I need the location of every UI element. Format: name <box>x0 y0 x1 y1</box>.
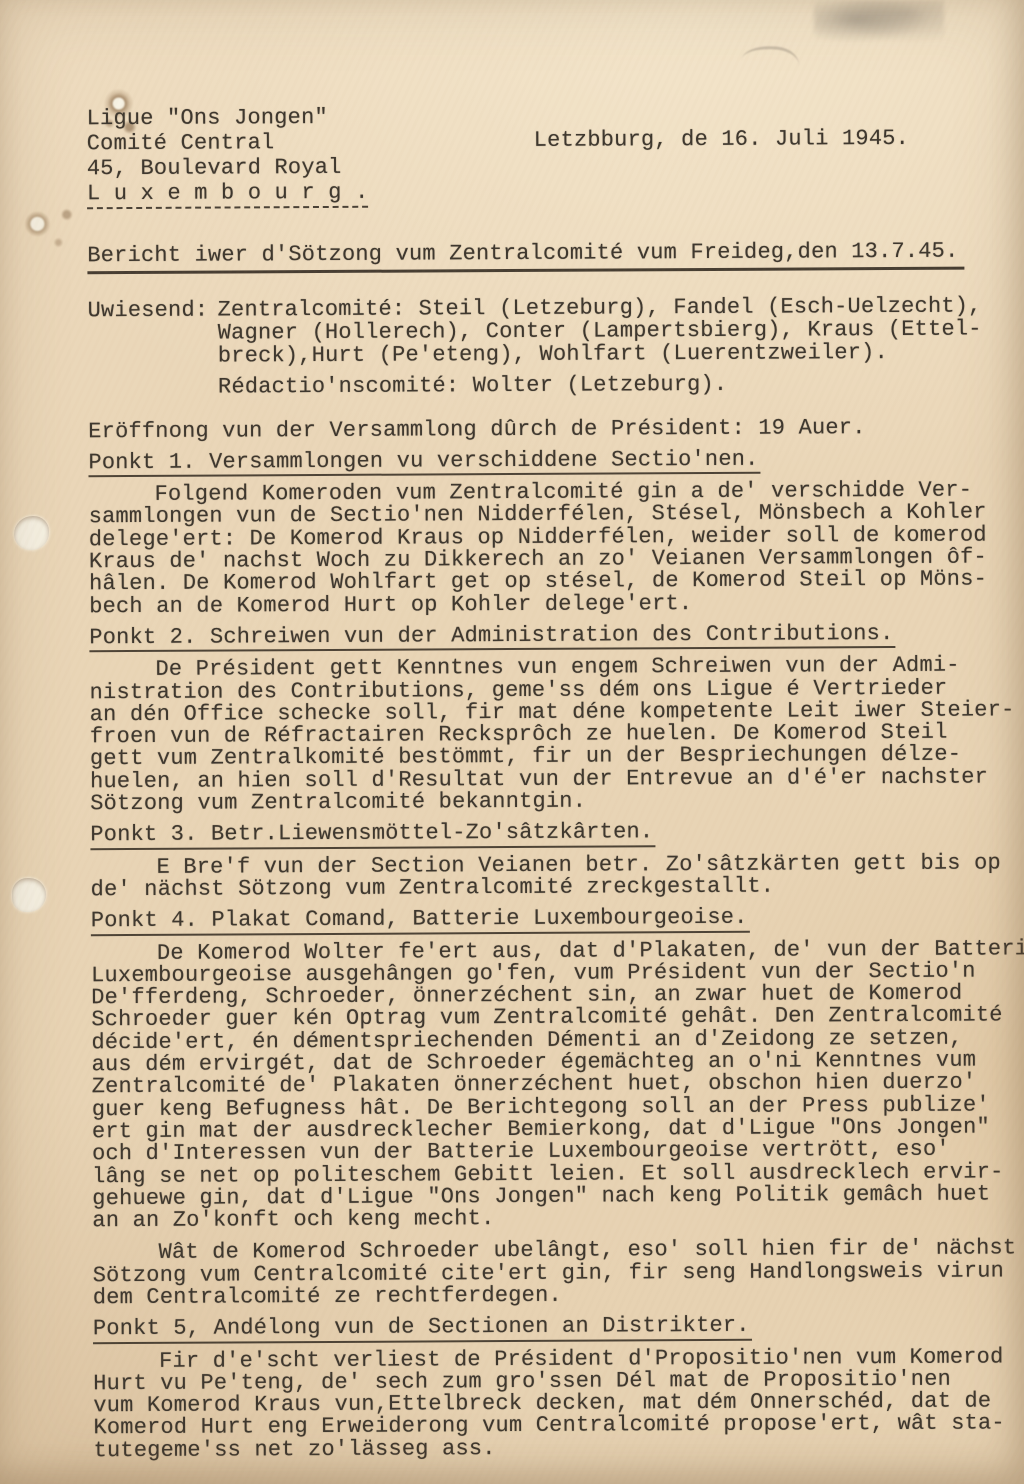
attendance-block: Uwiesend: Zentralcomité: Steil (Letzebur… <box>88 295 1002 369</box>
paragraph: De Président gett Kenntnes vun engem Sch… <box>89 655 1004 816</box>
report-section: Ponkt 5, Andélong vun de Sectionen an Di… <box>93 1314 1008 1463</box>
opening-line: Eröffnong vun der Versammlong dûrch de P… <box>88 416 1002 443</box>
sender-city: L u x e m b o u r g . <box>87 176 1001 209</box>
attendance-line: breck),Hurt (Pe'eteng), Wohlfart (Lueren… <box>218 341 1002 368</box>
text-line: tutegeme'ss net zo'lässeg ass. <box>94 1435 1008 1462</box>
paragraph: Folgend Komeroden vum Zentralcomité gin … <box>89 480 1004 619</box>
report-sections: Ponkt 1. Versammlongen vu verschiddene S… <box>88 447 1007 1462</box>
attendance-lines: Zentralcomité: Steil (Letzeburg), Fandel… <box>218 295 1002 368</box>
attendance-label: Uwiesend: <box>88 299 218 369</box>
paragraph: Wât de Komerod Schroeder ubelângt, eso' … <box>93 1238 1007 1310</box>
report-section: Ponkt 3. Betr.Liewensmöttel-Zo'sâtzkârte… <box>90 820 1004 902</box>
report-section: Ponkt 2. Schreiwen vun der Administratio… <box>89 622 1004 815</box>
sender-block: Ligue "Ons Jongen" Comité Central 45, Bo… <box>87 101 1002 209</box>
paragraph: De Komerod Wolter fe'ert aus, dat d'Plak… <box>91 938 1007 1233</box>
scanned-typewritten-document: Letzbburg, de 16. Juli 1945. Ligue "Ons … <box>0 0 1024 1484</box>
section-heading: Ponkt 4. Plakat Comand, Batterie Luxembo… <box>91 907 750 936</box>
text-line: gehuewe gin, dat d'Ligue "Ons Jongen" na… <box>92 1183 1006 1210</box>
dateline: Letzbburg, de 16. Juli 1945. <box>534 128 909 152</box>
text-line: bech an de Komerod Hurt op Kohler delege… <box>89 591 1003 618</box>
sender-city-underlined: L u x e m b o u r g . <box>87 180 369 209</box>
section-heading: Ponkt 2. Schreiwen vun der Administratio… <box>89 623 895 653</box>
section-heading: Ponkt 5, Andélong vun de Sectionen an Di… <box>93 1315 752 1344</box>
text-line: Komerod Hurt eng Erweiderong vum Central… <box>93 1413 1007 1440</box>
section-heading: Ponkt 3. Betr.Liewensmöttel-Zo'sâtzkârte… <box>90 822 655 850</box>
text-line: an an Zo'konft och keng mecht. <box>92 1206 1006 1233</box>
text-line: de' nächst Sötzong vum Zentralcomité zre… <box>91 874 1005 901</box>
text-line: Sötzong vum Zentralcomité bekanntgin. <box>90 788 1004 815</box>
paragraph: E Bre'f vun der Section Veianen betr. Zo… <box>90 852 1004 901</box>
section-heading: Ponkt 1. Versammlongen vu verschiddene S… <box>88 449 760 478</box>
subject-line: Bericht iwer d'Sötzong vum Zentralcomité… <box>87 241 964 275</box>
paragraph: Fir d'e'scht verliest de Président d'Pro… <box>93 1346 1008 1462</box>
report-section: Ponkt 1. Versammlongen vu verschiddene S… <box>88 447 1003 618</box>
redaction-committee-line: Rédactio'nscomité: Wolter (Letzeburg). <box>218 373 1002 399</box>
report-section: Ponkt 4. Plakat Comand, Batterie Luxembo… <box>91 906 1007 1310</box>
text-line: dem Centralcomité ze rechtferdegen. <box>93 1282 1007 1309</box>
document-content: Letzbburg, de 16. Juli 1945. Ligue "Ons … <box>0 0 1024 1463</box>
